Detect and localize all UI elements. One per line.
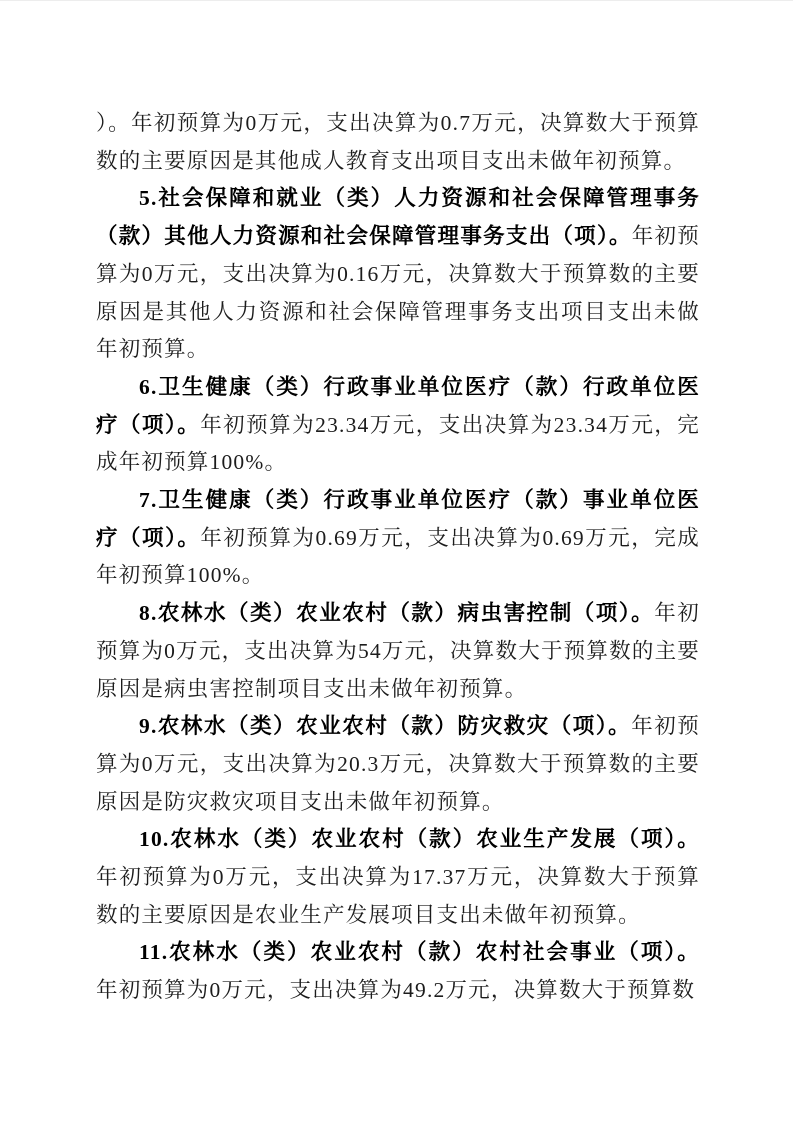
item-heading: 9.农林水（类）农业农村（款）防灾救灾（项）。 [139, 714, 631, 738]
budget-item-paragraph-6: 6.卫生健康（类）行政事业单位医疗（款）行政单位医疗（项）。年初预算为23.34… [96, 369, 700, 482]
budget-item-paragraph-10: 10.农林水（类）农业农村（款）农业生产发展（项）。年初预算为0万元，支出决算为… [96, 821, 700, 934]
item-body: 年初预算为0万元，支出决算为17.37万元，决算数大于预算数的主要原因是农业生产… [96, 865, 700, 927]
item-heading: 10.农林水（类）农业农村（款）农业生产发展（项）。 [139, 827, 700, 851]
item-heading: 11.农林水（类）农业农村（款）农村社会事业（项）。 [139, 940, 700, 964]
item-body: 年初预算为0万元，支出决算为49.2万元，决算数大于预算数 [96, 978, 695, 1002]
document-page: ）。年初预算为0万元，支出决算为0.7万元，决算数大于预算数的主要原因是其他成人… [0, 0, 793, 1122]
budget-item-paragraph-8: 8.农林水（类）农业农村（款）病虫害控制（项）。年初预算为0万元，支出决算为54… [96, 595, 700, 708]
budget-item-paragraph-7: 7.卫生健康（类）行政事业单位医疗（款）事业单位医疗（项）。年初预算为0.69万… [96, 482, 700, 595]
budget-item-paragraph-11: 11.农林水（类）农业农村（款）农村社会事业（项）。年初预算为0万元，支出决算为… [96, 934, 700, 1009]
item-heading: 5.社会保障和就业（类）人力资源和社会保障管理事务（款）其他人力资源和社会保障管… [96, 186, 700, 248]
budget-item-paragraph-continuation: ）。年初预算为0万元，支出决算为0.7万元，决算数大于预算数的主要原因是其他成人… [96, 105, 700, 180]
item-heading: 8.农林水（类）农业农村（款）病虫害控制（项）。 [139, 601, 654, 625]
budget-item-paragraph-5: 5.社会保障和就业（类）人力资源和社会保障管理事务（款）其他人力资源和社会保障管… [96, 180, 700, 369]
document-content: ）。年初预算为0万元，支出决算为0.7万元，决算数大于预算数的主要原因是其他成人… [96, 105, 700, 1010]
budget-item-paragraph-9: 9.农林水（类）农业农村（款）防灾救灾（项）。年初预算为0万元，支出决算为20.… [96, 708, 700, 821]
item-body: ）。年初预算为0万元，支出决算为0.7万元，决算数大于预算数的主要原因是其他成人… [96, 111, 700, 173]
